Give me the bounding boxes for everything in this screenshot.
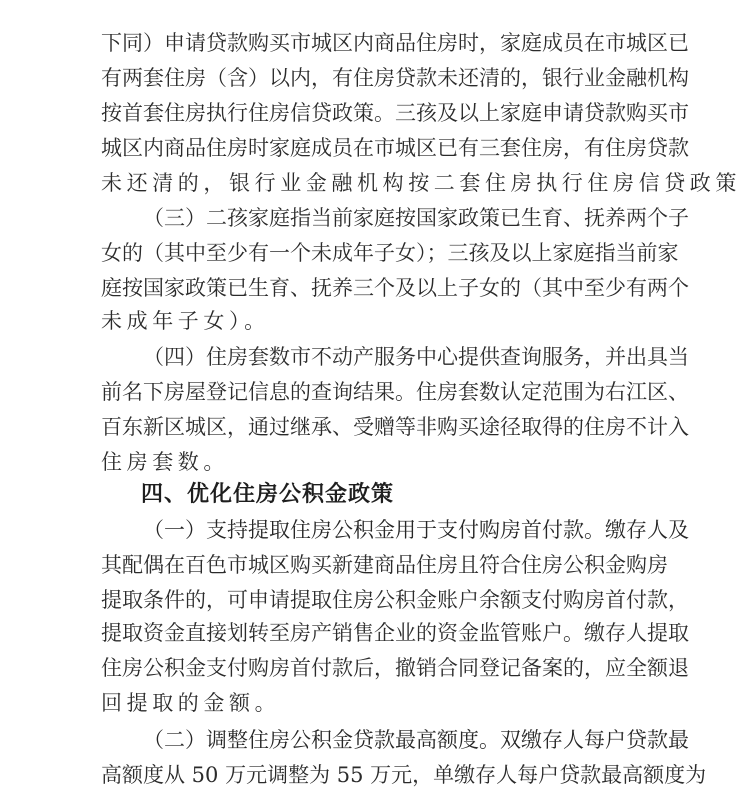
paragraph-line: 高额度从 50 万元调整为 55 万元，单缴存人每户贷款最高额度为 xyxy=(101,759,647,791)
paragraph-line: 按首套住房执行住房信贷政策。三孩及以上家庭申请贷款购买市 xyxy=(101,97,647,129)
paragraph-line: 庭按国家政策已生育、抚养三个及以上子女的（其中至少有两个 xyxy=(101,272,647,304)
paragraph-line: 城区内商品住房时家庭成员在市城区已有三套住房，有住房贷款 xyxy=(101,132,647,164)
paragraph-line: 住房公积金支付购房首付款后，撤销合同登记备案的，应全额退 xyxy=(101,652,647,684)
paragraph-line: 提取条件的，可申请提取住房公积金账户余额支付购房首付款， xyxy=(101,584,647,616)
document-page: 下同）申请贷款购买市城区内商品住房时，家庭成员在市城区已 有两套住房（含）以内，… xyxy=(0,0,740,806)
paragraph-line: 百东新区城区，通过继承、受赠等非购买途径取得的住房不计入 xyxy=(101,411,647,443)
paragraph-line: 未成年子女）。 xyxy=(101,305,647,337)
paragraph-line-subitem-2: （二）调整住房公积金贷款最高额度。双缴存人每户贷款最 xyxy=(143,724,647,756)
paragraph-line: 有两套住房（含）以内，有住房贷款未还清的，银行业金融机构 xyxy=(101,62,647,94)
paragraph-line: 前名下房屋登记信息的查询结果。住房套数认定范围为右江区、 xyxy=(101,376,647,408)
paragraph-line: 住房套数。 xyxy=(101,446,647,478)
paragraph-line: 女的（其中至少有一个未成年子女）；三孩及以上家庭指当前家 xyxy=(101,237,647,269)
paragraph-line: 其配偶在百色市城区购买新建商品住房且符合住房公积金购房 xyxy=(101,549,647,581)
paragraph-line: 回提取的金额。 xyxy=(101,687,647,719)
paragraph-line: 下同）申请贷款购买市城区内商品住房时，家庭成员在市城区已 xyxy=(101,27,647,59)
section-heading: 四、优化住房公积金政策 xyxy=(141,479,394,511)
paragraph-line: 未还清的，银行业金融机构按二套住房执行住房信贷政策。 xyxy=(101,167,647,199)
paragraph-line-subitem-1: （一）支持提取住房公积金用于支付购房首付款。缴存人及 xyxy=(143,514,647,546)
paragraph-line-item-4: （四）住房套数市不动产服务中心提供查询服务，并出具当 xyxy=(143,341,647,373)
paragraph-line-item-3: （三）二孩家庭指当前家庭按国家政策已生育、抚养两个子 xyxy=(143,202,647,234)
paragraph-line: 提取资金直接划转至房产销售企业的资金监管账户。缴存人提取 xyxy=(101,617,647,649)
